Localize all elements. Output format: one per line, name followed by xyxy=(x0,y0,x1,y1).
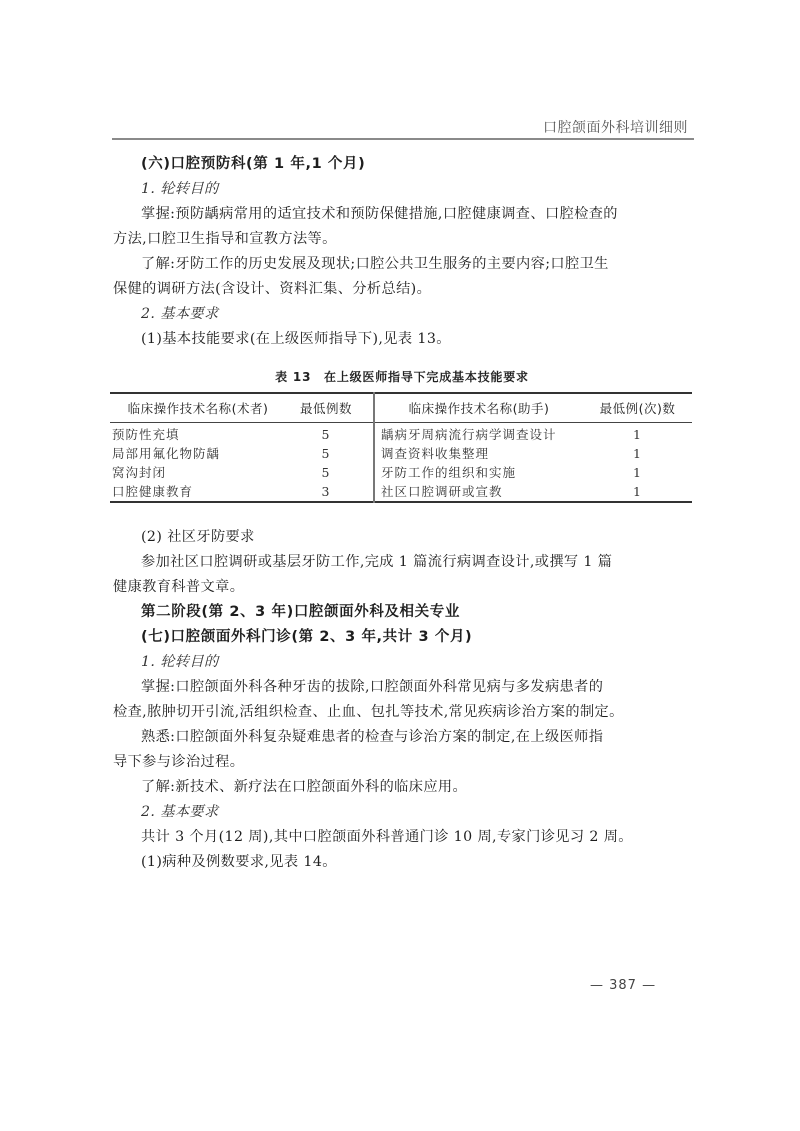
header-assistant-name: 临床操作技术名称(助手) xyxy=(374,393,583,423)
section-7-master-line-1: 掌握:口腔颌面外科各种牙齿的拔除,口腔颌面外科常见病与多发病患者的 xyxy=(113,675,691,700)
section-6-master-line-1: 掌握:预防龋病常用的适宜技术和预防保健措施,口腔健康调查、口腔检查的 xyxy=(113,202,691,227)
post-table-section: (2) 社区牙防要求 参加社区口腔调研或基层牙防工作,完成 1 篇流行病调查设计… xyxy=(113,525,691,875)
section-6-requirements-label: 2. 基本要求 xyxy=(113,302,691,327)
section-7-understand: 了解:新技术、新疗法在口腔颌面外科的临床应用。 xyxy=(113,775,691,800)
cell-assistant-name: 龋病牙周病流行病学调查设计 xyxy=(374,423,583,445)
table-row: 局部用氟化物防龋 5 调查资料收集整理 1 xyxy=(110,444,692,463)
section-7-master-line-2: 检查,脓肿切开引流,活组织检查、止血、包扎等技术,常见疾病诊治方案的制定。 xyxy=(113,700,691,725)
section-6-understand-line-1: 了解:牙防工作的历史发展及现状;口腔公共卫生服务的主要内容;口腔卫生 xyxy=(113,252,691,277)
community-label: (2) 社区牙防要求 xyxy=(113,525,691,550)
table-row: 窝沟封闭 5 牙防工作的组织和实施 1 xyxy=(110,463,692,482)
section-6-skill-requirement: (1)基本技能要求(在上级医师指导下),见表 13。 xyxy=(113,327,691,352)
community-text-line-2: 健康教育科普文章。 xyxy=(113,575,691,600)
table-13-caption: 表 13 在上级医师指导下完成基本技能要求 xyxy=(113,366,691,388)
section-7-heading: (七)口腔颌面外科门诊(第 2、3 年,共计 3 个月) xyxy=(113,625,691,650)
cell-operator-name: 窝沟封闭 xyxy=(110,463,279,482)
stage-2-heading: 第二阶段(第 2、3 年)口腔颌面外科及相关专业 xyxy=(113,600,691,625)
cell-assistant-min: 1 xyxy=(583,423,692,445)
running-head: 口腔颌面外科培训细则 xyxy=(112,110,694,140)
cell-operator-name: 预防性充填 xyxy=(110,423,279,445)
cell-operator-min: 3 xyxy=(279,482,374,502)
section-7-disease-requirement: (1)病种及例数要求,见表 14。 xyxy=(113,850,691,875)
section-7-familiar-line-2: 导下参与诊治过程。 xyxy=(113,750,691,775)
header-assistant-min: 最低例(次)数 xyxy=(583,393,692,423)
section-7-familiar-line-1: 熟悉:口腔颌面外科复杂疑难患者的检查与诊治方案的制定,在上级医师指 xyxy=(113,725,691,750)
cell-assistant-min: 1 xyxy=(583,463,692,482)
cell-operator-min: 5 xyxy=(279,444,374,463)
section-6-objective-label: 1. 轮转目的 xyxy=(113,177,691,202)
header-operator-name: 临床操作技术名称(术者) xyxy=(110,393,279,423)
header-operator-min: 最低例数 xyxy=(279,393,374,423)
community-text-line-1: 参加社区口腔调研或基层牙防工作,完成 1 篇流行病调查设计,或撰写 1 篇 xyxy=(113,550,691,575)
section-6-understand-line-2: 保健的调研方法(含设计、资料汇集、分析总结)。 xyxy=(113,277,691,302)
table-13: 临床操作技术名称(术者) 最低例数 临床操作技术名称(助手) 最低例(次)数 预… xyxy=(110,392,692,503)
cell-assistant-name: 社区口腔调研或宣教 xyxy=(374,482,583,502)
page-number: — 387 — xyxy=(590,978,700,993)
section-6-master-line-2: 方法,口腔卫生指导和宣教方法等。 xyxy=(113,227,691,252)
section-7-objective-label: 1. 轮转目的 xyxy=(113,650,691,675)
section-6-heading: (六)口腔预防科(第 1 年,1 个月) xyxy=(113,152,691,177)
cell-operator-min: 5 xyxy=(279,463,374,482)
cell-assistant-min: 1 xyxy=(583,482,692,502)
cell-operator-min: 5 xyxy=(279,423,374,445)
cell-assistant-name: 调查资料收集整理 xyxy=(374,444,583,463)
section-7-requirements-label: 2. 基本要求 xyxy=(113,800,691,825)
table-header-row: 临床操作技术名称(术者) 最低例数 临床操作技术名称(助手) 最低例(次)数 xyxy=(110,393,692,423)
page-content: (六)口腔预防科(第 1 年,1 个月) 1. 轮转目的 掌握:预防龋病常用的适… xyxy=(113,152,691,875)
section-7-total: 共计 3 个月(12 周),其中口腔颌面外科普通门诊 10 周,专家门诊见习 2… xyxy=(113,825,691,850)
cell-assistant-min: 1 xyxy=(583,444,692,463)
table-row: 口腔健康教育 3 社区口腔调研或宣教 1 xyxy=(110,482,692,502)
running-head-title: 口腔颌面外科培训细则 xyxy=(543,117,688,137)
cell-operator-name: 局部用氟化物防龋 xyxy=(110,444,279,463)
table-row: 预防性充填 5 龋病牙周病流行病学调查设计 1 xyxy=(110,423,692,445)
cell-assistant-name: 牙防工作的组织和实施 xyxy=(374,463,583,482)
cell-operator-name: 口腔健康教育 xyxy=(110,482,279,502)
